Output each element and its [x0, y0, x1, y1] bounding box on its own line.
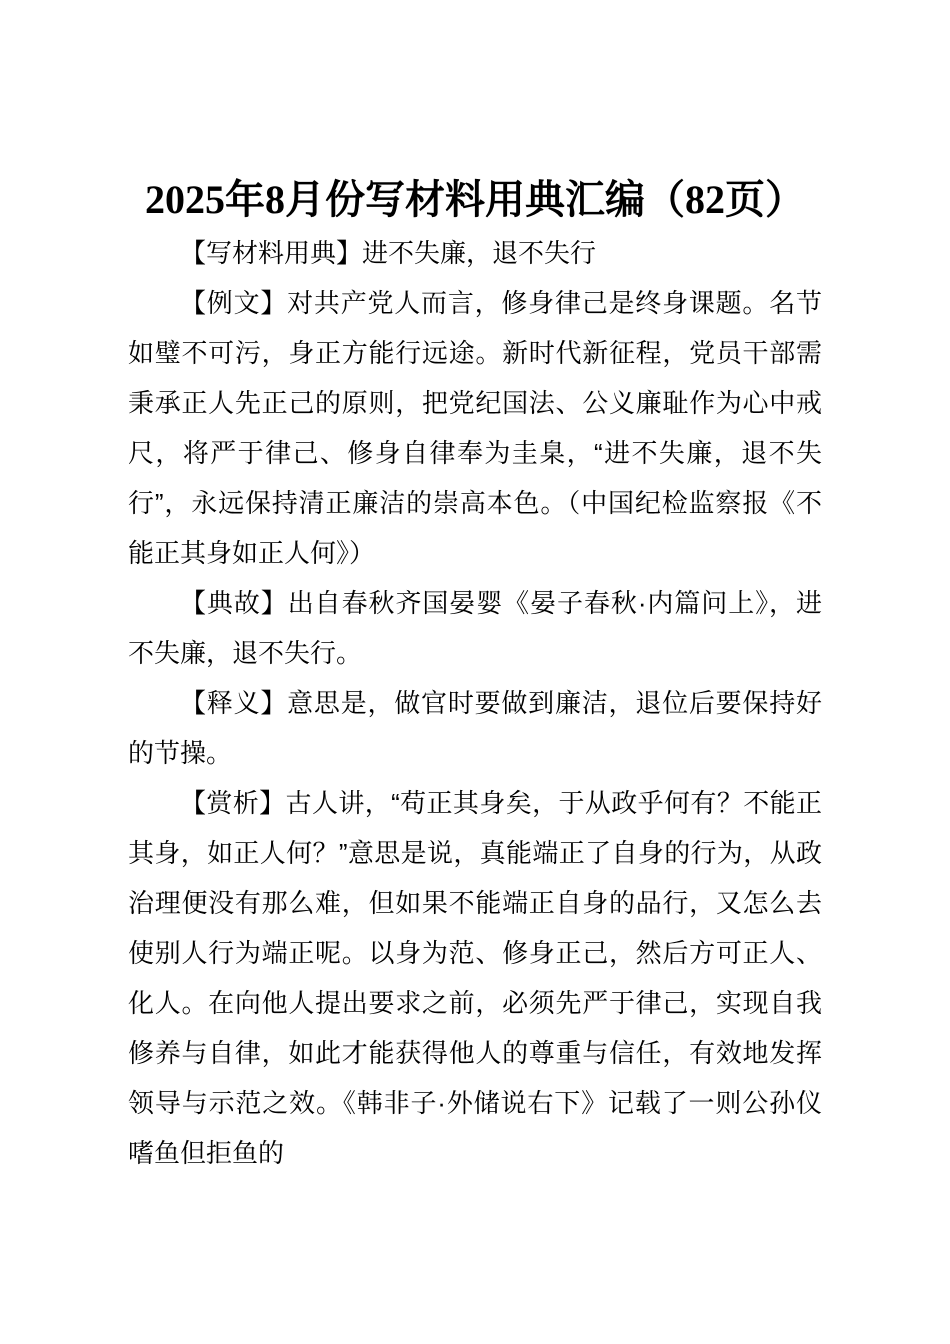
- paragraph-shiyi: 【释义】意思是，做官时要做到廉洁，退位后要保持好的节操。: [128, 678, 822, 778]
- paragraph-liwen: 【例文】对共产党人而言，修身律己是终身课题。名节如璧不可污，身正方能行远途。新时…: [128, 278, 822, 578]
- document-body: 【写材料用典】进不失廉，退不失行 【例文】对共产党人而言，修身律己是终身课题。名…: [128, 228, 822, 1178]
- paragraph-shangxi: 【赏析】古人讲，“苟正其身矣，于从政乎何有？不能正其身，如正人何？”意思是说，真…: [128, 778, 822, 1178]
- document-title: 2025年8月份写材料用典汇编（82页）: [128, 174, 822, 226]
- paragraph-diangu: 【典故】出自春秋齐国晏婴《晏子春秋·内篇问上》，进不失廉，退不失行。: [128, 578, 822, 678]
- document-page: 2025年8月份写材料用典汇编（82页） 【写材料用典】进不失廉，退不失行 【例…: [0, 0, 950, 1344]
- paragraph-xiecailiao-yongdian: 【写材料用典】进不失廉，退不失行: [128, 228, 822, 278]
